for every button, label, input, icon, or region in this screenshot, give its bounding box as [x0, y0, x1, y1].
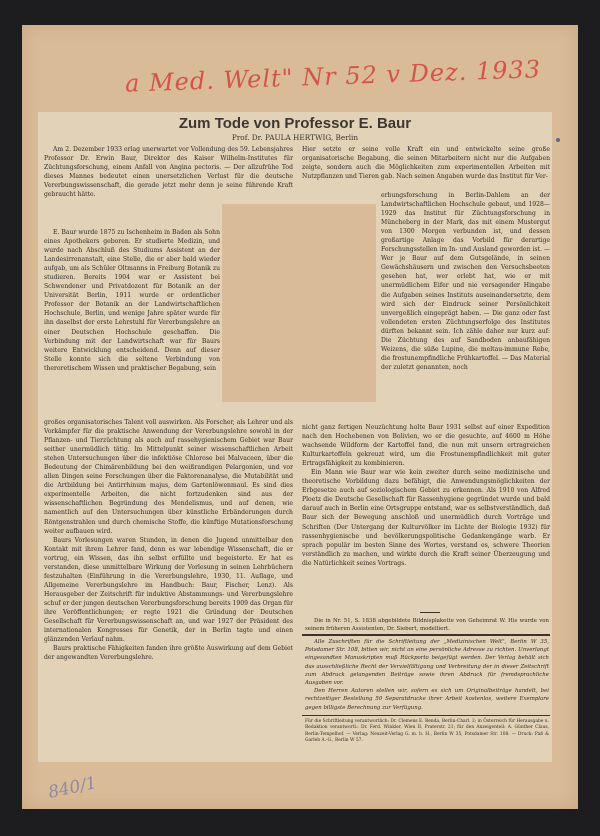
left-column-narrow: E. Baur wurde 1875 zu Ischenheim in Bade…	[44, 228, 220, 373]
paragraph: erbungsforschung in Berlin-Dahlem an der…	[381, 191, 550, 372]
paragraph: Am 2. Dezember 1933 erlag unerwartet vor…	[44, 145, 293, 199]
editorial-divider	[302, 634, 550, 636]
paragraph: großes organisatorisches Talent voll aus…	[44, 418, 293, 536]
right-column-lower: nicht ganz fertigen Neuzüchtung holte Ba…	[302, 423, 550, 568]
left-column-lower: großes organisatorisches Talent voll aus…	[44, 418, 293, 662]
paragraph: Den Herren Autoren stellen wir, sofern e…	[305, 687, 549, 712]
short-divider	[420, 612, 440, 613]
paragraph: Baurs praktische Fähigkeiten fanden ihre…	[44, 644, 293, 662]
article-title: Zum Tode von Professor E. Baur	[40, 115, 550, 132]
paragraph: nicht ganz fertigen Neuzüchtung holte Ba…	[302, 423, 550, 468]
editorial-notice: Alle Zuschriften für die Schriftleitung …	[305, 638, 549, 712]
paragraph: Die in Nr. 51, S. 1838 abgebildete Bildn…	[305, 617, 549, 633]
left-column-intro: Am 2. Dezember 1933 erlag unerwartet vor…	[44, 145, 293, 199]
right-column-intro: Hier setzte er seine volle Kraft ein und…	[302, 145, 550, 181]
paragraph: Ein Mann wie Baur war wie kein zweiter d…	[302, 468, 550, 568]
paragraph: E. Baur wurde 1875 zu Ischenheim in Bade…	[44, 228, 220, 373]
article-byline: Prof. Dr. PAULA HERTWIG, Berlin	[40, 133, 550, 142]
imprint: Für die Schriftleitung verantwortlich: D…	[305, 719, 549, 745]
ink-dot	[556, 138, 560, 142]
paragraph: Alle Zuschriften für die Schriftleitung …	[305, 638, 549, 687]
paragraph: Für die Schriftleitung verantwortlich: D…	[305, 719, 549, 745]
paragraph: Baurs Vorlesungen waren Stunden, in dene…	[44, 536, 293, 645]
paragraph: Hier setzte er seine volle Kraft ein und…	[302, 145, 550, 181]
imprint-divider	[302, 715, 550, 716]
right-column-narrow: erbungsforschung in Berlin-Dahlem an der…	[381, 191, 550, 372]
plaque-note: Die in Nr. 51, S. 1838 abgebildete Bildn…	[305, 617, 549, 633]
